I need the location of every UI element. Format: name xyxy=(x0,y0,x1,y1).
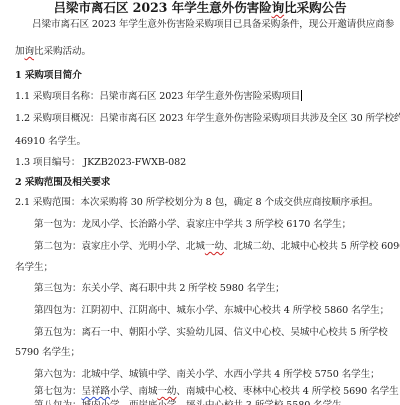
document-page[interactable]: 吕梁市离石区 2023 年学生意外伤害险询比采购公告 吕梁市离石区 2023 年… xyxy=(0,0,400,405)
package-7-text-mid: 小学、南城 xyxy=(110,386,157,397)
grammar-flag[interactable]: 呈祥路 xyxy=(81,386,109,397)
package-2-text-end: 、北城二幼、北城中心校共 5 所学校 6090 xyxy=(224,241,400,252)
package-7: 第七包为：呈祥路小学、南城一幼、南城中心校、枣林中心校共 4 所学校 5690 … xyxy=(34,386,400,398)
spellcheck-flag[interactable]: 询 xyxy=(272,0,285,15)
intro-text: 加 xyxy=(15,46,25,57)
intro-paragraph-line-2: 加询比采购活动。 xyxy=(15,46,91,58)
text-cursor xyxy=(301,90,302,101)
item-1-2-line-2: 46910 名学生。 xyxy=(15,136,86,148)
item-1-1-text: 1.1 采购项目名称：吕梁市离石区 2023 年学生意外伤害险采购项目 xyxy=(15,91,300,102)
section-2-heading: 2 采购范围及相关要求 xyxy=(15,177,110,189)
intro-text-end: 比采购活动。 xyxy=(34,46,91,57)
item-1-1[interactable]: 1.1 采购项目名称：吕梁市离石区 2023 年学生意外伤害险采购项目 xyxy=(15,90,302,103)
package-4: 第四包为：江阴初中、江阴高中、城东小学、东城中心校共 4 所学校 5860 名学… xyxy=(34,305,389,317)
item-1-3: 1.3 项目编号： JKZB2023-FWXB-082 xyxy=(15,157,186,169)
spellcheck-flag[interactable]: 一幼 xyxy=(205,241,224,252)
title-text: 吕梁市离石区 2023 年学生意外伤害险 xyxy=(53,0,271,15)
package-6: 第六包为：北城中学、城镇中学、南关小学、水西小学共 4 所学校 5750 名学生… xyxy=(34,369,380,381)
document-title: 吕梁市离石区 2023 年学生意外伤害险询比采购公告 xyxy=(0,0,400,16)
package-3: 第三包为：东关小学、离石职中共 2 所学校 5980 名学生； xyxy=(34,283,285,295)
package-2-line-1: 第二包为：袁家庄小学、光明小学、北城一幼、北城二幼、北城中心校共 5 所学校 6… xyxy=(34,241,400,253)
title-text-end: 比采购公告 xyxy=(284,0,346,15)
package-2-line-2: 名学生； xyxy=(15,262,53,274)
package-1: 第一包为：龙凤小学、长治路小学、袁家庄中学共 3 所学校 6170 名学生； xyxy=(34,219,351,231)
package-5-line-2: 5790 名学生； xyxy=(15,347,80,359)
spellcheck-flag[interactable]: 询 xyxy=(25,46,35,57)
section-1-heading: 1 采购项目简介 xyxy=(15,70,82,82)
package-2-text: 第二包为：袁家庄小学、光明小学、北城 xyxy=(34,241,205,252)
item-2-1: 2.1 采购范围：本次采购将 30 所学校划分为 8 包，确定 8 个成交供应商… xyxy=(15,197,378,209)
package-8: 第八包为：城内小学、西崖底小学、坪头中心校共 3 所学校 5580 名学生。 xyxy=(34,400,351,405)
spellcheck-flag[interactable]: 一幼 xyxy=(157,386,176,397)
package-5-line-1: 第五包为：离石一中、朝阳小学、实验幼儿园、信义中心校、吴城中心校共 5 所学校 xyxy=(34,327,388,339)
package-7-text-end: 、南城中心校、枣林中心校共 4 所学校 5690 名学生； xyxy=(176,386,400,397)
package-7-text: 第七包为： xyxy=(34,386,81,397)
item-1-2-line-1: 1.2 采购项目概况：吕梁市离石区 2023 年学生意外伤害险采购项目共涉及全区… xyxy=(15,113,400,125)
intro-paragraph-line-1: 吕梁市离石区 2023 年学生意外伤害险采购项目已具备采购条件，现公开邀请供应商… xyxy=(32,19,394,31)
